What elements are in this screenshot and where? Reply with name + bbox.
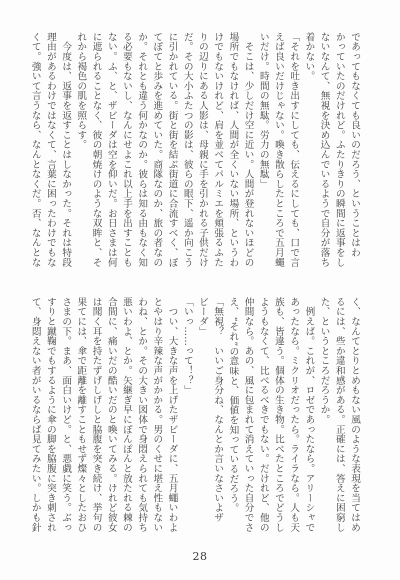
text-column: に遮られることなく、彼の朝焼けのような双眸と、そ (88, 32, 103, 270)
text-column: 場所でもなければ、人間が全くいない場所、というわ (225, 32, 240, 270)
text-column: 理由があるわけではなくて、言葉に困ったわけでもな (43, 32, 58, 270)
text-column: さまの下。まあ、面白いけど。と、悪戯に笑う。ぶっ (58, 297, 73, 535)
text-column: とやはり辛辣な声がかかる。男のくせに堪え性もない (149, 297, 164, 535)
text-column: つい、大きな声を上げたザビーダに、五月蠅いわよ (164, 297, 179, 535)
page-number: 28 (0, 550, 400, 563)
lower-text-block: く、なんてとりとめもない風のような表現を当てはめ るには、些か違和感がある。正確… (28, 297, 362, 535)
text-column: ない。ふ、と、ザビーダは空を仰いだ。お日さまは何 (104, 32, 119, 270)
text-column: えば良いだけじゃない。喚き散らしたところで五月蠅 (271, 32, 286, 270)
text-column: は聞く耳を持たずげしげしと脇腹を突き続け、挙句の (88, 297, 103, 535)
text-column: だ。その大小ふたつの影は、彼らの眼下、遥か向こう (180, 32, 195, 270)
text-column: 今度は、返事を返すことはしなかった。それは特段 (58, 32, 73, 270)
text-column: くて。強いて言うなら、なんとなくだ。否、なんとな (28, 32, 43, 270)
text-column: え、“それ”の意味と、価値を知っているだろう。 (225, 297, 240, 535)
text-column: か。それとも違う何かなのか。彼らは知る由もなく知 (134, 32, 149, 270)
text-column: ようもなくて、比べるべきでもない。だけれど、他の (256, 297, 271, 535)
text-column: 合間に、痛いだの酷いだのと喚いてみる。けれど彼女 (104, 297, 119, 535)
text-column: 「それを吐き出すにしても、伝えるにしても、口で言 (286, 32, 301, 270)
text-column: いだけ。時間の無駄。労力の無駄」 (256, 32, 271, 270)
text-column: て、身悶えない者がいるならば見てみたい。しかも針 (28, 297, 43, 535)
text-column: 「いっ……って！？」 (180, 297, 195, 535)
text-column: てぽてと歩みを進めていた。商隊なのか、旅の者なの (149, 32, 164, 270)
text-column: た、というところだろうか。 (316, 297, 331, 535)
text-column: く、なんてとりとめもない風のような表現を当てはめ (347, 297, 362, 535)
text-column: 悪いわよ、とか。矢継ぎ早にぽんぽんと放たれる棘の (119, 297, 134, 535)
text-column: 「無視？ いいご身分ね、なんとか言いなさいよザ (210, 297, 225, 535)
text-column: 仲間なら。あの、風に包まれて消えていった自分でさ (240, 297, 255, 535)
text-column: 族も、皆違う。個体の生き物。比べたところでどうし (271, 297, 286, 535)
book-page: であってもなくても良いのだろう、ということはわ かっていたのだけれど。ふたりきり… (0, 0, 400, 580)
text-column: であってもなくても良いのだろう、ということはわ (347, 32, 362, 270)
text-column: わね、とか。その大きい図体で身悶えられても気持ち (134, 297, 149, 535)
text-column: あったなら。ミクリオだったら。ライラなら。人も天 (286, 297, 301, 535)
text-column: ないなんて、無視を決め込んでいるようで自分が落ち (316, 32, 331, 270)
text-column: 果てには、傘で距離を離すこともせず燦々としたおひ (73, 297, 88, 535)
text-column: 例えば。これが、ロゼであったなら。アリーシャで (301, 297, 316, 535)
upper-text-block: であってもなくても良いのだろう、ということはわ かっていたのだけれど。ふたりきり… (28, 32, 362, 270)
text-column: 着かない。 (301, 32, 316, 270)
text-column: れから褐色の肌を照らす。 (73, 32, 88, 270)
text-column: に引かれている。街と街を結ぶ街道に合流すべく、ぽ (164, 32, 179, 270)
text-column: けでもないけれど、肩を並べてパルミエを頬張るふた (210, 32, 225, 270)
text-column: ビーダ」 (195, 297, 210, 535)
text-column: かっていたのだけれど。ふたりきりの瞬間に返事をし (332, 32, 347, 270)
text-column: そこは、少しだけ空に近い。人間が登れないほどの (240, 32, 255, 270)
text-column: すりと蹴鞠でもするように傘の脚を脇腹に突き刺され (43, 297, 58, 535)
text-column: るには、些か違和感がある。正確には、答えに困窮し (332, 297, 347, 535)
text-column: りの辺りにある人影は、母親に手を引かれる子供だけ (195, 32, 210, 270)
text-column: る必要もないし、なんにせよこれ以上手を出すことも (119, 32, 134, 270)
